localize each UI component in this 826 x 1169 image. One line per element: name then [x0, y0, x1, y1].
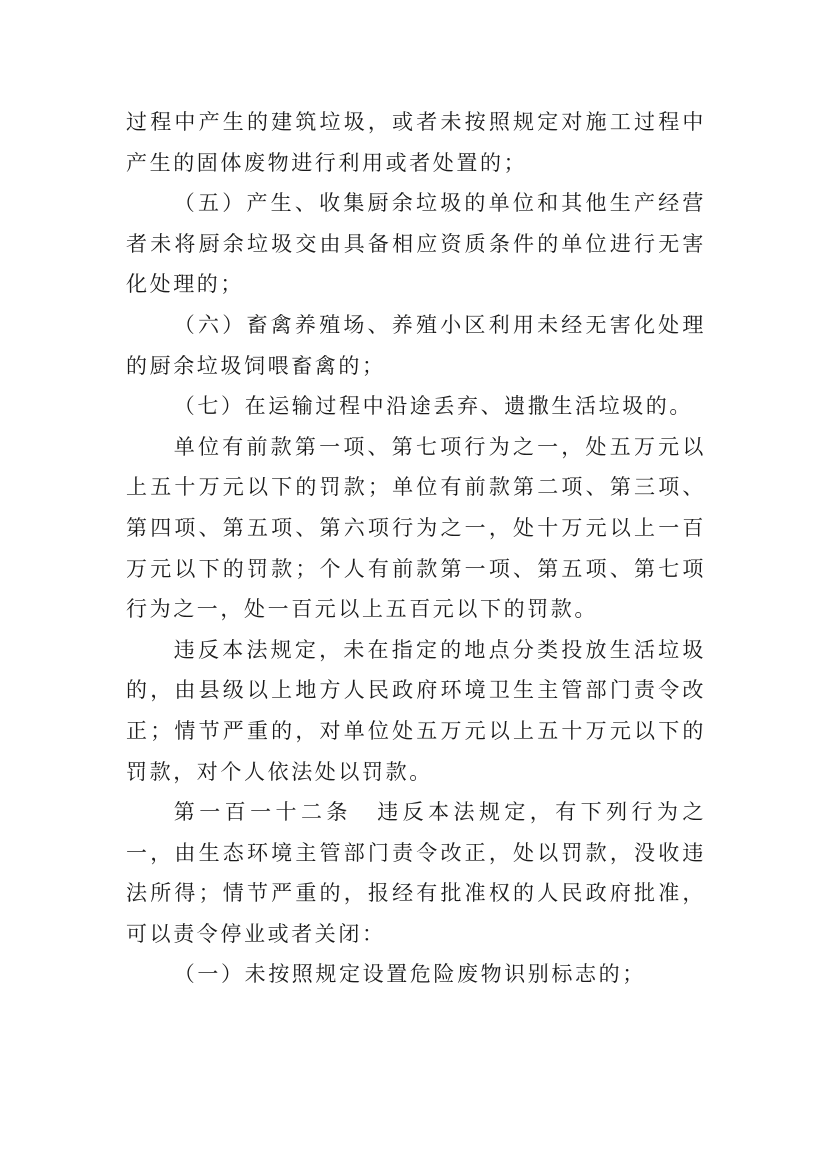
- paragraph-article-112-item-1: （一）未按照规定设置危险废物识别标志的；: [126, 954, 706, 995]
- paragraph-item-6: （六）畜禽养殖场、养殖小区利用未经无害化处理的厨余垃圾饲喂畜禽的；: [126, 305, 706, 386]
- paragraph-continuation: 过程中产生的建筑垃圾，或者未按照规定对施工过程中产生的固体废物进行利用或者处置的…: [126, 102, 706, 183]
- paragraph-article-112: 第一百一十二条 违反本法规定，有下列行为之一，由生态环境主管部门责令改正，处以罚…: [126, 792, 706, 954]
- paragraph-item-5: （五）产生、收集厨余垃圾的单位和其他生产经营者未将厨余垃圾交由具备相应资质条件的…: [126, 183, 706, 305]
- paragraph-penalty-clause: 单位有前款第一项、第七项行为之一，处五万元以上五十万元以下的罚款；单位有前款第二…: [126, 427, 706, 630]
- paragraph-sorting-violation: 违反本法规定，未在指定的地点分类投放生活垃圾的，由县级以上地方人民政府环境卫生主…: [126, 630, 706, 792]
- document-page: 过程中产生的建筑垃圾，或者未按照规定对施工过程中产生的固体废物进行利用或者处置的…: [126, 102, 706, 995]
- paragraph-item-7: （七）在运输过程中沿途丢弃、遗撒生活垃圾的。: [126, 386, 706, 427]
